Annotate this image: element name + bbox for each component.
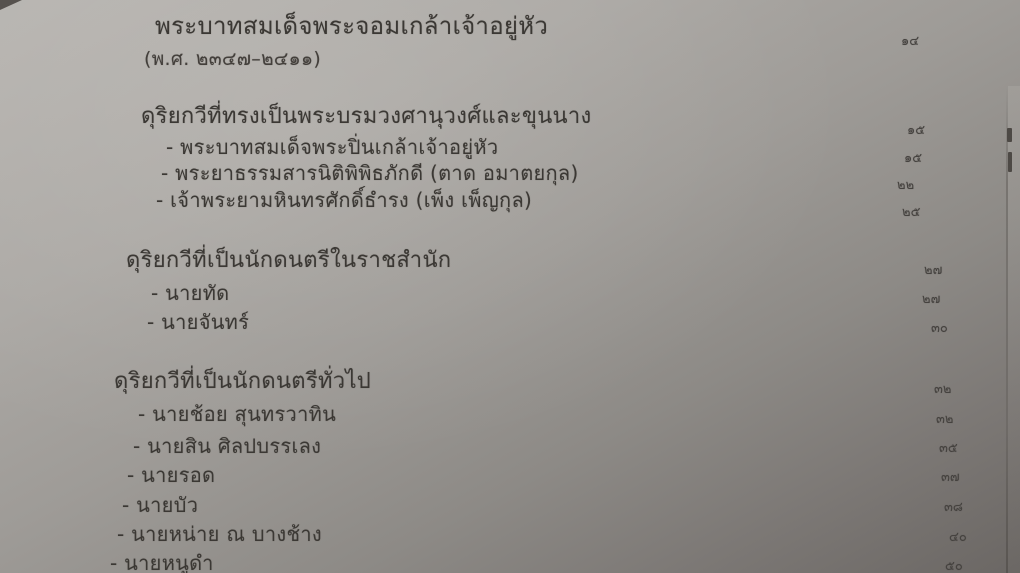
page-number: ๓๒ bbox=[936, 408, 953, 429]
toc-item-label: - นายหนูดำ bbox=[110, 547, 214, 573]
page-number: ๔๐ bbox=[949, 526, 967, 547]
page-corner-shadow bbox=[0, 0, 22, 10]
toc-item-label: - นายจันทร์ bbox=[147, 306, 249, 338]
page-number: ๒๒ bbox=[897, 174, 914, 195]
toc-item-label: - นายช้อย สุนทรวาทิน bbox=[138, 398, 336, 430]
page-number: ๑๕ bbox=[904, 147, 922, 168]
page-number: ๕๐ bbox=[945, 555, 963, 573]
page-number: ๓๕ bbox=[939, 437, 958, 458]
book-page-photo: พระบาทสมเด็จพระจอมเกล้าเจ้าอยู่หัว (พ.ศ.… bbox=[0, 0, 1020, 573]
page-number: ๑๕ bbox=[907, 119, 925, 140]
page-number: ๑๔ bbox=[901, 30, 919, 51]
section-heading: ดุริยกวีที่เป็นนักดนตรีในราชสำนัก bbox=[126, 242, 451, 277]
toc-item-label: - นายสิน ศิลปบรรเลง bbox=[133, 430, 321, 462]
toc-item-label: - นายรอด bbox=[127, 459, 215, 491]
toc-item-label: - เจ้าพระยามหินทรศักดิ์ธำรง (เพ็ง เพ็ญกุ… bbox=[156, 184, 532, 216]
page-number: ๒๕ bbox=[902, 201, 920, 222]
chapter-title: พระบาทสมเด็จพระจอมเกล้าเจ้าอยู่หัว bbox=[155, 6, 548, 45]
chapter-years: (พ.ศ. ๒๓๔๗–๒๔๑๑) bbox=[144, 44, 321, 74]
page-number: ๒๗ bbox=[922, 288, 940, 309]
page-number: ๒๗ bbox=[924, 259, 942, 280]
section-heading: ดุริยกวีที่ทรงเป็นพระบรมวงศานุวงศ์และขุน… bbox=[141, 98, 592, 133]
toc-item-label: - นายบัว bbox=[122, 489, 198, 521]
page-edge-nick bbox=[1008, 152, 1012, 172]
toc-item-label: - นายหน่าย ณ บางช้าง bbox=[117, 518, 322, 550]
page-number: ๓๘ bbox=[944, 496, 963, 517]
page-number: ๓๒ bbox=[934, 378, 951, 399]
page-number: ๓๗ bbox=[941, 466, 960, 487]
page-number: ๓๐ bbox=[931, 317, 948, 338]
section-heading: ดุริยกวีที่เป็นนักดนตรีทั่วไป bbox=[114, 363, 371, 398]
toc-item-label: - นายทัด bbox=[151, 277, 229, 309]
page-edge-nick bbox=[1007, 128, 1012, 142]
